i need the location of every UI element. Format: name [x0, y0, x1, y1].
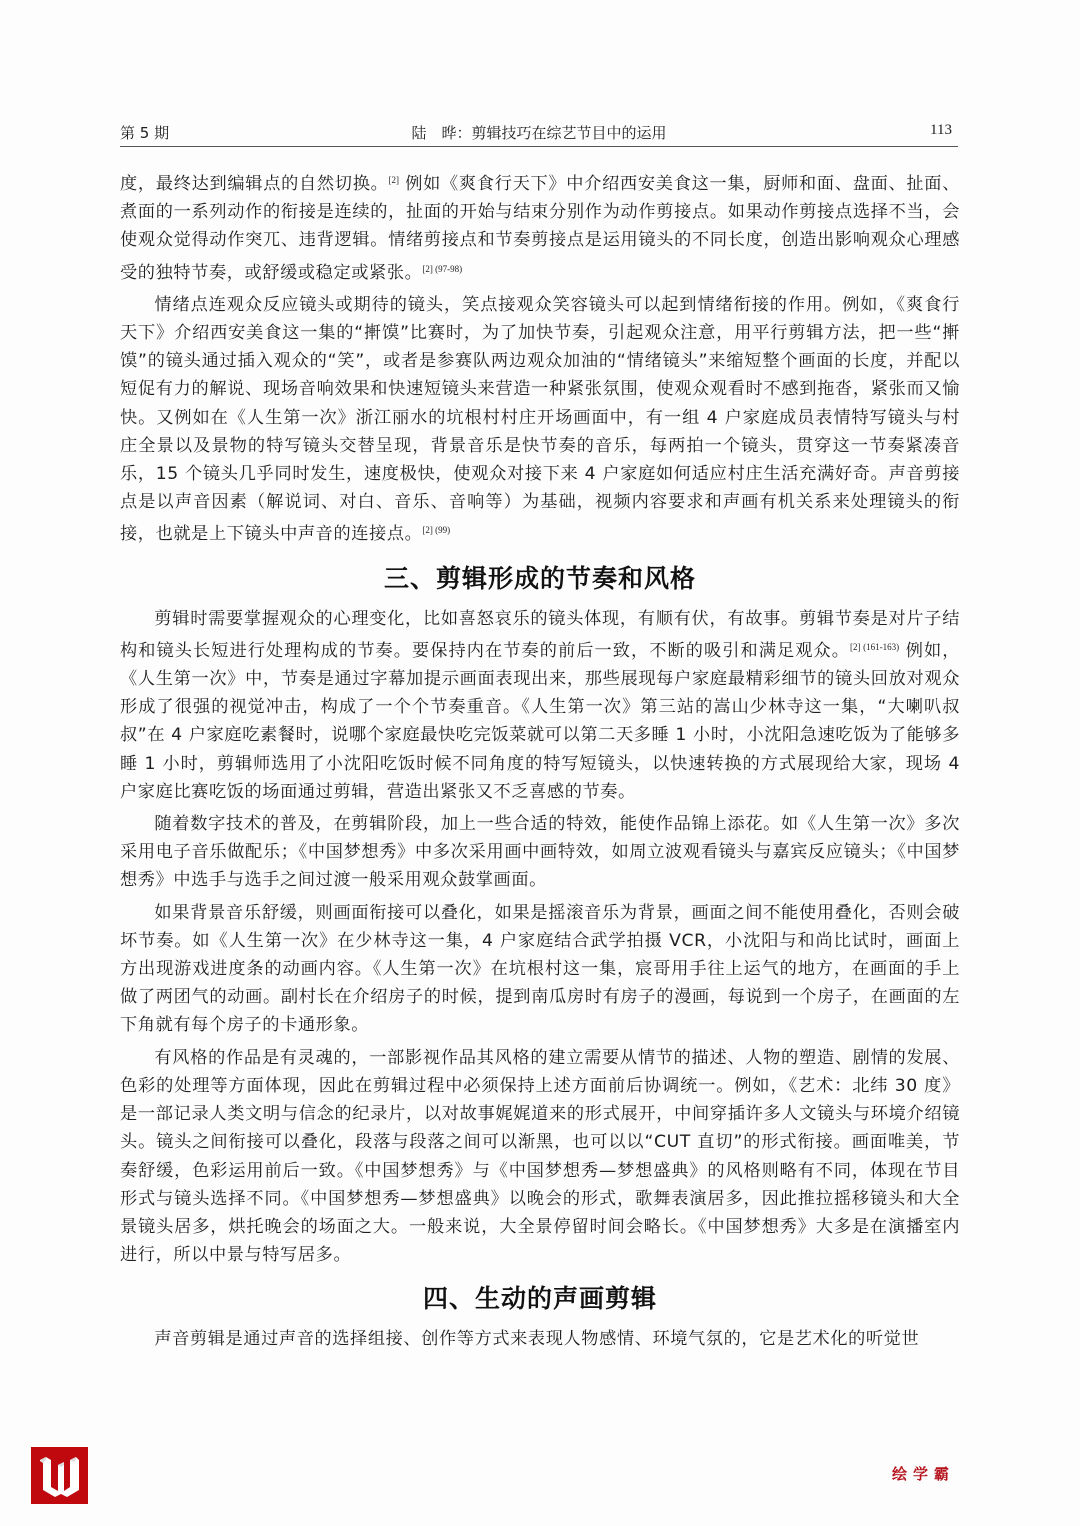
paragraph-text: 声音剪辑是通过声音的选择组接、创作等方式来表现人物感情、环境气氛的，它是艺术化的… [154, 1329, 919, 1349]
paragraph-text: 如果背景音乐舒缓，则画面衔接可以叠化，如果是摇滚音乐为背景，画面之间不能使用叠化… [120, 903, 960, 1036]
citation-ref: [2] [389, 175, 400, 185]
paragraph-text: 例如，《人生第一次》中，节奏是通过字幕加提示画面表现出来，那些展现每户家庭最精彩… [120, 641, 960, 802]
paragraphs-before-section-3: 度，最终达到编辑点的自然切换。[2] 例如《爽食行天下》中介绍西安美食这一集，厨… [120, 166, 960, 549]
running-header: 第 5 期 陆 晔：剪辑技巧在综艺节目中的运用 113 [120, 118, 958, 147]
w-logo-icon [31, 1447, 88, 1504]
paragraph: 如果背景音乐舒缓，则画面衔接可以叠化，如果是摇滚音乐为背景，画面之间不能使用叠化… [120, 899, 960, 1040]
paragraph: 随着数字技术的普及，在剪辑阶段，加上一些合适的特效，能使作品锦上添花。如《人生第… [120, 810, 960, 895]
citation-ref: [2] (97-98) [422, 264, 462, 274]
citation-ref: [2] (161-163) [850, 642, 899, 652]
paragraph: 剪辑时需要掌握观众的心理变化，比如喜怒哀乐的镜头体现，有顺有伏，有故事。剪辑节奏… [120, 605, 960, 806]
paragraph-text: 随着数字技术的普及，在剪辑阶段，加上一些合适的特效，能使作品锦上添花。如《人生第… [120, 814, 960, 890]
footer-brand-text: 绘学霸 [892, 1463, 955, 1484]
paragraph: 声音剪辑是通过声音的选择组接、创作等方式来表现人物感情、环境气氛的，它是艺术化的… [120, 1325, 960, 1353]
paragraph: 度，最终达到编辑点的自然切换。[2] 例如《爽食行天下》中介绍西安美食这一集，厨… [120, 166, 960, 287]
citation-ref: [2] (99) [422, 525, 450, 535]
paragraph-text: 情绪点连观众反应镜头或期待的镜头，笑点接观众笑容镜头可以起到情绪衔接的作用。例如… [120, 295, 960, 545]
article-body: 度，最终达到编辑点的自然切换。[2] 例如《爽食行天下》中介绍西安美食这一集，厨… [120, 166, 960, 1354]
section-heading-3: 三、剪辑形成的节奏和风格 [120, 559, 960, 599]
paragraph-text: 剪辑时需要掌握观众的心理变化，比如喜怒哀乐的镜头体现，有顺有伏，有故事。剪辑节奏… [120, 609, 960, 661]
page-number: 113 [930, 122, 952, 139]
paragraph: 有风格的作品是有灵魂的，一部影视作品其风格的建立需要从情节的描述、人物的塑造、剧… [120, 1044, 960, 1270]
paragraph-text: 度，最终达到编辑点的自然切换。 [120, 174, 389, 194]
running-title: 陆 晔：剪辑技巧在综艺节目中的运用 [120, 122, 958, 143]
section-4-body: 声音剪辑是通过声音的选择组接、创作等方式来表现人物感情、环境气氛的，它是艺术化的… [120, 1325, 960, 1353]
paragraph-text: 有风格的作品是有灵魂的，一部影视作品其风格的建立需要从情节的描述、人物的塑造、剧… [120, 1048, 960, 1265]
section-3-body: 剪辑时需要掌握观众的心理变化，比如喜怒哀乐的镜头体现，有顺有伏，有故事。剪辑节奏… [120, 605, 960, 1270]
section-heading-4: 四、生动的声画剪辑 [120, 1279, 960, 1319]
paragraph: 情绪点连观众反应镜头或期待的镜头，笑点接观众笑容镜头可以起到情绪衔接的作用。例如… [120, 291, 960, 549]
